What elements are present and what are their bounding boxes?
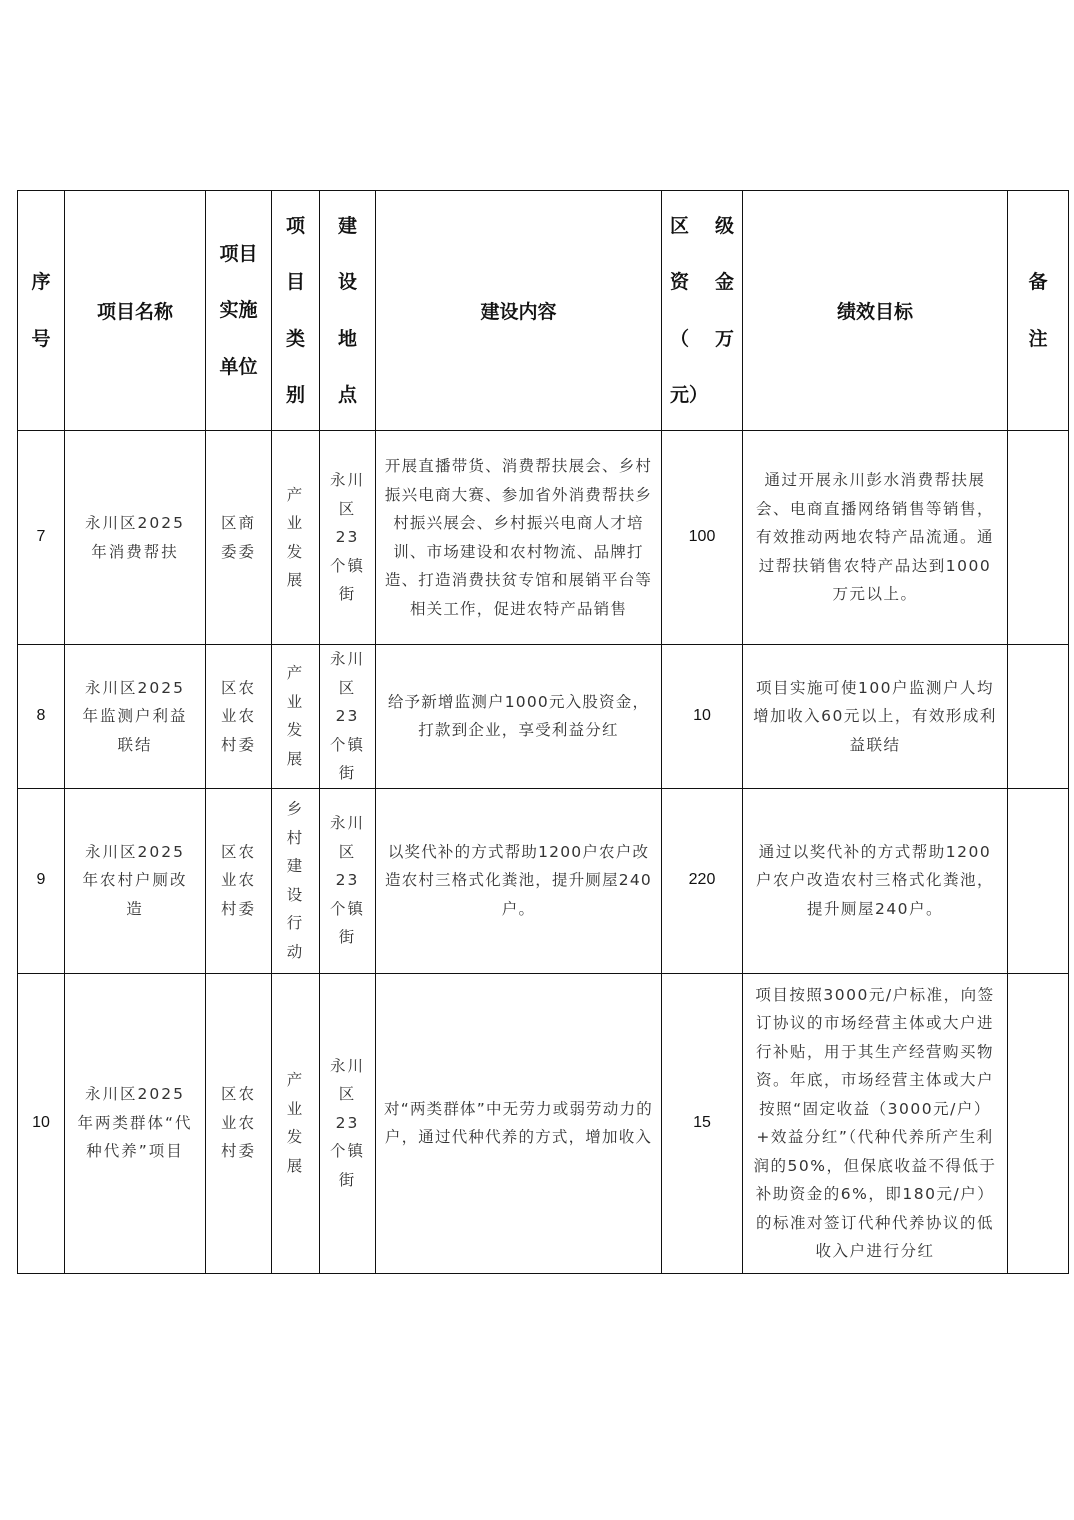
cell-type: 产业发展 — [272, 973, 320, 1273]
cell-name: 永川区2025年农村户厕改造 — [65, 788, 206, 973]
header-type-char: 别 — [286, 367, 305, 424]
cell-name: 永川区2025年两类群体“代种代养”项目 — [65, 973, 206, 1273]
cell-unit-text: 区农业农村委 — [206, 1080, 271, 1166]
table-row: 7 永川区2025年消费帮扶 区商委委 产业发展 永川区23个镇街 开展直播带货… — [18, 431, 1069, 645]
cell-name-text: 永川区2025年消费帮扶 — [65, 509, 205, 566]
header-location-char: 点 — [338, 367, 357, 424]
header-location-char: 建 — [338, 198, 357, 255]
cell-funds: 100 — [662, 431, 743, 645]
cell-goal: 通过开展永川彭水消费帮扶展会、电商直播网络销售等销售，有效推动两地农特产品流通。… — [743, 431, 1008, 645]
cell-goal-text: 通过以奖代补的方式帮助1200户农户改造农村三格式化粪池，提升厕屋240户。 — [743, 838, 1007, 924]
header-type-char: 类 — [286, 311, 305, 368]
header-location: 建 设 地 点 — [320, 191, 376, 431]
table-row: 9 永川区2025年农村户厕改造 区农业农村委 乡村建设行动 永川区23个镇街 … — [18, 788, 1069, 973]
header-goal: 绩效目标 — [743, 191, 1008, 431]
cell-goal-text: 项目实施可使100户监测户人均增加收入60元以上，有效形成利益联结 — [743, 674, 1007, 760]
cell-unit-text: 区商委委 — [206, 509, 271, 566]
header-unit-line: 实施 — [219, 282, 257, 339]
header-unit-line: 项目 — [219, 226, 257, 283]
cell-location-text: 永川区23个镇街 — [320, 466, 375, 609]
cell-location: 永川区23个镇街 — [320, 645, 376, 789]
header-funds-char: （ — [670, 311, 702, 368]
header-content: 建设内容 — [376, 191, 662, 431]
header-funds-char: 资 — [670, 254, 702, 311]
table-row: 10 永川区2025年两类群体“代种代养”项目 区农业农村委 产业发展 永川区2… — [18, 973, 1069, 1273]
cell-type: 产业发展 — [272, 645, 320, 789]
header-seq-char: 序 — [31, 254, 50, 311]
cell-content-text: 开展直播带货、消费帮扶展会、乡村振兴电商大赛、参加省外消费帮扶乡村振兴展会、乡村… — [376, 452, 661, 623]
cell-location-text: 永川区23个镇街 — [320, 1052, 375, 1195]
cell-funds: 15 — [662, 973, 743, 1273]
cell-location-text: 永川区23个镇街 — [320, 809, 375, 952]
cell-unit: 区商委委 — [206, 431, 272, 645]
cell-remark — [1008, 973, 1069, 1273]
cell-name-text: 永川区2025年监测户利益联结 — [65, 674, 205, 760]
header-type-char: 目 — [286, 254, 305, 311]
cell-goal-text: 项目按照3000元/户标准，向签订协议的市场经营主体或大户进行补贴，用于其生产经… — [743, 981, 1007, 1266]
header-type: 项 目 类 别 — [272, 191, 320, 431]
header-seq-char: 号 — [31, 311, 50, 368]
table-row: 8 永川区2025年监测户利益联结 区农业农村委 产业发展 永川区23个镇街 给… — [18, 645, 1069, 789]
cell-content-text: 给予新增监测户1000元入股资金，打款到企业，享受利益分红 — [376, 688, 661, 745]
header-location-char: 设 — [338, 254, 357, 311]
cell-location: 永川区23个镇街 — [320, 431, 376, 645]
header-remark-char: 注 — [1028, 311, 1047, 368]
cell-content-text: 以奖代补的方式帮助1200户农户改造农村三格式化粪池，提升厕屋240户。 — [376, 838, 661, 924]
cell-unit-text: 区农业农村委 — [206, 838, 271, 924]
header-type-char: 项 — [286, 198, 305, 255]
project-table: 序 号 项目名称 项目 实施 单位 项 目 类 别 — [17, 190, 1069, 1274]
header-funds-char: 级 — [702, 198, 734, 255]
cell-content: 以奖代补的方式帮助1200户农户改造农村三格式化粪池，提升厕屋240户。 — [376, 788, 662, 973]
header-funds-char: 万 — [702, 311, 734, 368]
header-funds-char: 元） — [670, 367, 734, 424]
cell-funds: 10 — [662, 645, 743, 789]
cell-type: 产业发展 — [272, 431, 320, 645]
header-funds-char: 金 — [702, 254, 734, 311]
cell-name-text: 永川区2025年农村户厕改造 — [65, 838, 205, 924]
cell-seq: 9 — [18, 788, 65, 973]
cell-type: 乡村建设行动 — [272, 788, 320, 973]
cell-seq: 8 — [18, 645, 65, 789]
cell-seq: 7 — [18, 431, 65, 645]
cell-location-text: 永川区23个镇街 — [320, 645, 375, 788]
header-funds: 区 级 资 金 （ 万 元） — [662, 191, 743, 431]
cell-remark — [1008, 431, 1069, 645]
cell-name: 永川区2025年监测户利益联结 — [65, 645, 206, 789]
cell-type-text: 产业发展 — [272, 481, 319, 595]
cell-type-text: 产业发展 — [272, 659, 319, 773]
header-funds-char: 区 — [670, 198, 702, 255]
cell-content: 开展直播带货、消费帮扶展会、乡村振兴电商大赛、参加省外消费帮扶乡村振兴展会、乡村… — [376, 431, 662, 645]
cell-goal-text: 通过开展永川彭水消费帮扶展会、电商直播网络销售等销售，有效推动两地农特产品流通。… — [743, 466, 1007, 609]
cell-funds: 220 — [662, 788, 743, 973]
header-remark-char: 备 — [1028, 254, 1047, 311]
header-remark: 备 注 — [1008, 191, 1069, 431]
cell-remark — [1008, 788, 1069, 973]
cell-location: 永川区23个镇街 — [320, 973, 376, 1273]
cell-goal: 项目按照3000元/户标准，向签订协议的市场经营主体或大户进行补贴，用于其生产经… — [743, 973, 1008, 1273]
header-name: 项目名称 — [65, 191, 206, 431]
cell-content-text: 对“两类群体”中无劳力或弱劳动力的户，通过代种代养的方式，增加收入 — [376, 1095, 661, 1152]
cell-unit: 区农业农村委 — [206, 973, 272, 1273]
cell-unit: 区农业农村委 — [206, 788, 272, 973]
cell-goal: 通过以奖代补的方式帮助1200户农户改造农村三格式化粪池，提升厕屋240户。 — [743, 788, 1008, 973]
header-row: 序 号 项目名称 项目 实施 单位 项 目 类 别 — [18, 191, 1069, 431]
cell-unit-text: 区农业农村委 — [206, 674, 271, 760]
cell-name: 永川区2025年消费帮扶 — [65, 431, 206, 645]
header-unit-line: 单位 — [219, 339, 257, 396]
cell-seq: 10 — [18, 973, 65, 1273]
cell-type-text: 乡村建设行动 — [272, 795, 319, 966]
header-location-char: 地 — [338, 311, 357, 368]
cell-remark — [1008, 645, 1069, 789]
cell-name-text: 永川区2025年两类群体“代种代养”项目 — [65, 1080, 205, 1166]
cell-location: 永川区23个镇街 — [320, 788, 376, 973]
cell-content: 给予新增监测户1000元入股资金，打款到企业，享受利益分红 — [376, 645, 662, 789]
cell-goal: 项目实施可使100户监测户人均增加收入60元以上，有效形成利益联结 — [743, 645, 1008, 789]
cell-unit: 区农业农村委 — [206, 645, 272, 789]
cell-type-text: 产业发展 — [272, 1066, 319, 1180]
header-seq: 序 号 — [18, 191, 65, 431]
cell-content: 对“两类群体”中无劳力或弱劳动力的户，通过代种代养的方式，增加收入 — [376, 973, 662, 1273]
header-unit: 项目 实施 单位 — [206, 191, 272, 431]
